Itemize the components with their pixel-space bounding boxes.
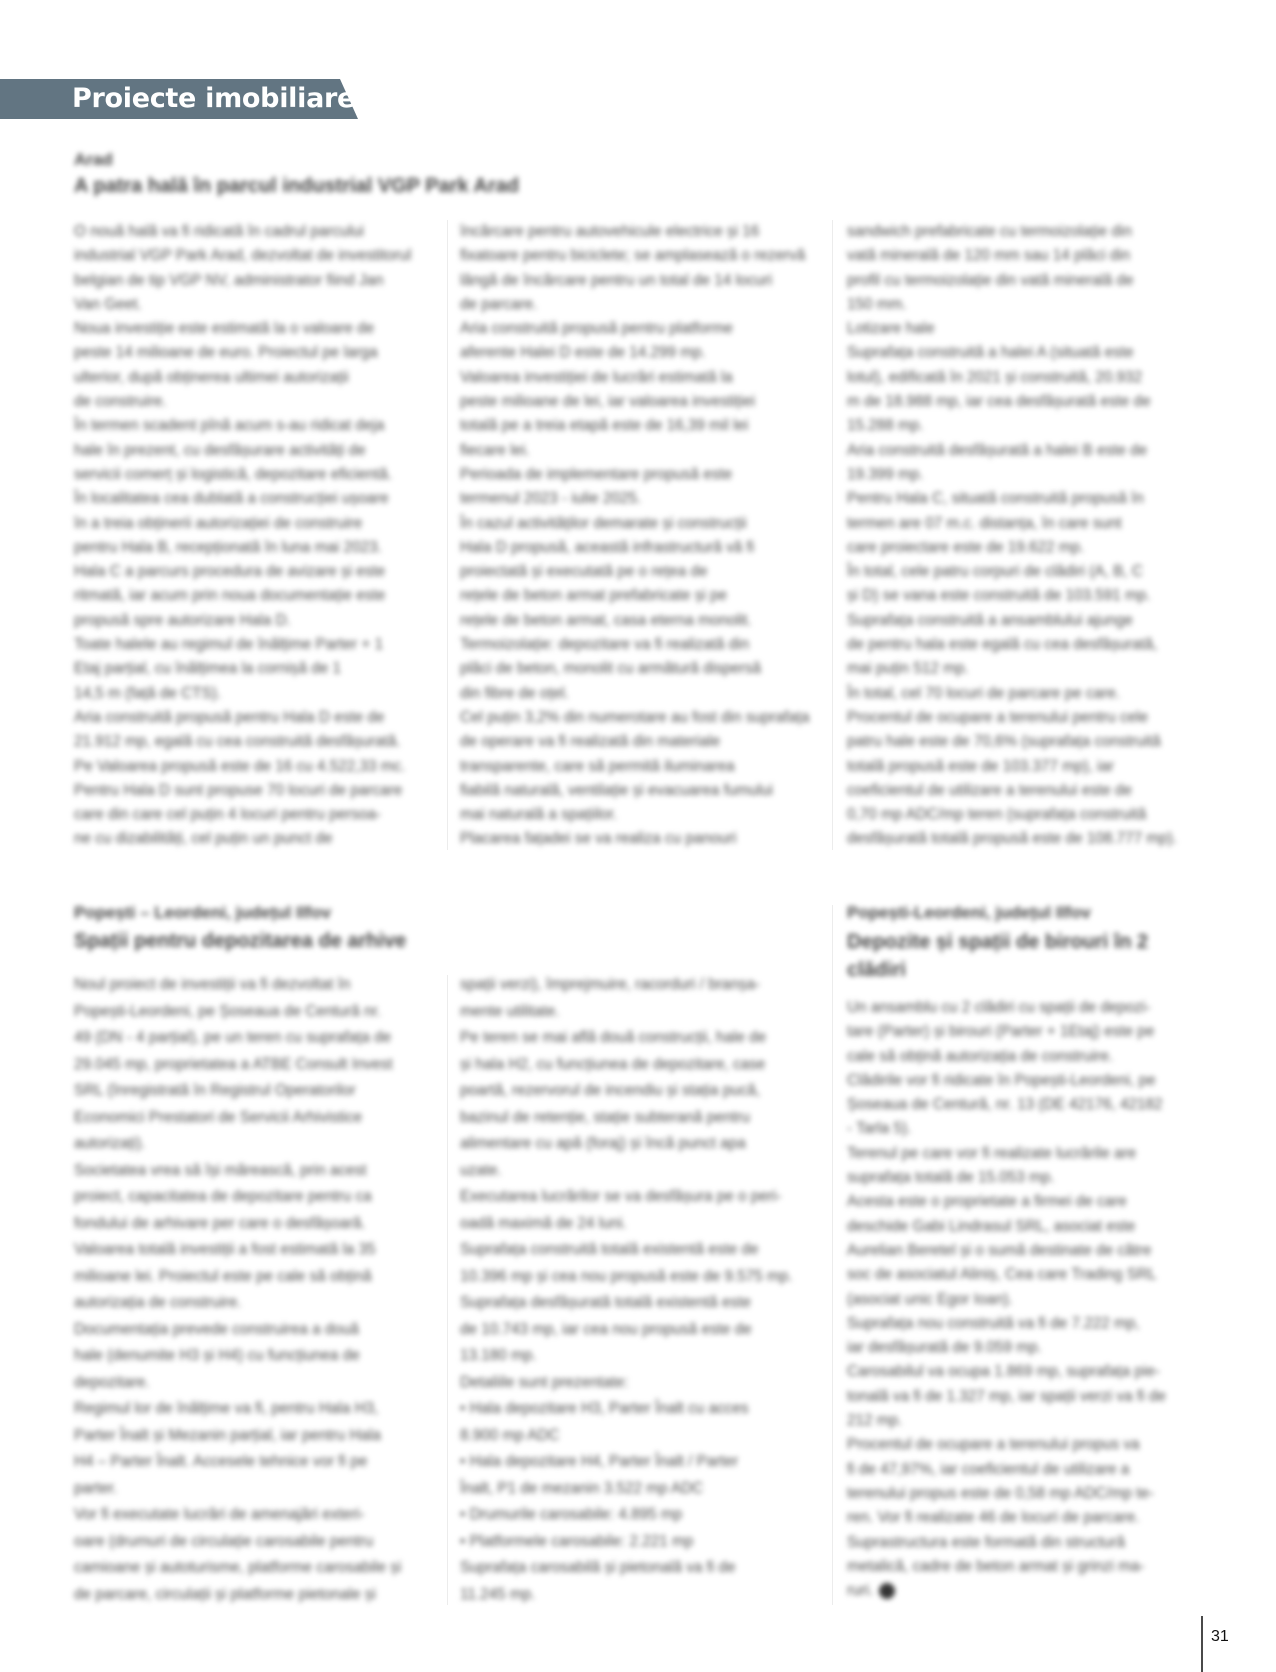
text-line: autorizați).: [74, 1131, 434, 1158]
text-line: 8.900 mp ADC: [460, 1423, 820, 1450]
text-line: servicii comerț și logistică, depozitare…: [74, 463, 434, 487]
text-line: ren. Vor fi realizate 46 de locuri de pa…: [847, 1506, 1187, 1530]
text-line: Pe Valoarea propusă este de 16 cu 4.522,…: [74, 755, 434, 779]
text-line: 0,70 mp ADC/mp teren (suprafața construi…: [847, 803, 1187, 827]
article-3-column-1: Un ansamblu cu 2 clădiri cu spații de de…: [847, 996, 1187, 1603]
text-line: profil cu termoizolație din vată mineral…: [847, 269, 1187, 293]
text-line: • Platformele carosabile: 2.221 mp: [460, 1529, 820, 1556]
text-line: Terenul pe care vor fi realizate lucrări…: [847, 1142, 1187, 1166]
text-line: H4 – Parter Înalt. Accesele tehnice vor …: [74, 1449, 434, 1476]
article-end-mark-icon: [879, 1583, 895, 1599]
text-line: plăci de beton, monolit cu armătură disp…: [460, 657, 820, 681]
text-line: proiectată și executată pe o rețea de: [460, 560, 820, 584]
text-line: Hala C a parcurs procedura de avizare și…: [74, 560, 434, 584]
text-line: Suprafața nou construită va fi de 7.222 …: [847, 1312, 1187, 1336]
text-line: Aria construită desfășurată a halei B es…: [847, 439, 1187, 463]
text-line: Suprafața carosabilă și pietonală va fi …: [460, 1555, 820, 1582]
text-line: Etaj parțial, cu înălțimea la cornișă de…: [74, 657, 434, 681]
text-line: lângă de încărcare pentru un total de 14…: [460, 269, 820, 293]
text-line: Suprafața construită a halei A (situată …: [847, 341, 1187, 365]
text-line: (asociat unic Egor Ioan).: [847, 1288, 1187, 1312]
text-line: suprafața totală de 15.053 mp.: [847, 1166, 1187, 1190]
text-line: 21.912 mp, egală cu cea construită desfă…: [74, 730, 434, 754]
text-line: termen are 07 m.c. distanța, în care sun…: [847, 512, 1187, 536]
text-line: Aria construită propusă pentru platforme: [460, 317, 820, 341]
text-line: peste milioane de lei, iar valoarea inve…: [460, 390, 820, 414]
text-line: 19.399 mp.: [847, 463, 1187, 487]
text-line: mente utilitate.: [460, 999, 820, 1026]
text-line: 49 (DN - 4 parțial), pe un teren cu supr…: [74, 1025, 434, 1052]
text-line: 13.180 mp.: [460, 1343, 820, 1370]
text-line: de parcare.: [460, 293, 820, 317]
text-line: oadă maximă de 24 luni.: [460, 1211, 820, 1238]
text-line: din fibre de oțel.: [460, 682, 820, 706]
text-line: de construire.: [74, 390, 434, 414]
text-line: hale (denumite H3 și H4) cu funcțiunea d…: [74, 1343, 434, 1370]
text-line: uzate.: [460, 1158, 820, 1185]
text-line: • Drumurile carosabile: 4.895 mp: [460, 1502, 820, 1529]
text-line: și hala H2, cu funcțiunea de depozitare,…: [460, 1052, 820, 1079]
text-line: 29.045 mp, proprietatea a ATBE Consult I…: [74, 1052, 434, 1079]
text-line: rețele de beton armat prefabricate și pe: [460, 584, 820, 608]
text-line: aferente Halei D este de 14.299 mp.: [460, 341, 820, 365]
article-2-kicker: Popești – Leordeni, județul Ilfov: [74, 903, 331, 923]
text-line: O nouă hală va fi ridicată în cadrul par…: [74, 220, 434, 244]
text-line: 212 mp.: [847, 1409, 1187, 1433]
text-line: propusă spre autorizare Hala D.: [74, 609, 434, 633]
text-line: terenului propus este de 0,58 mp ADC/mp …: [847, 1482, 1187, 1506]
column-divider: [447, 975, 448, 1605]
text-line: În localitatea cea dublată a construcție…: [74, 487, 434, 511]
text-line: Clădirile vor fi ridicate în Popești-Leo…: [847, 1069, 1187, 1093]
page-number: 31: [1211, 1628, 1229, 1646]
text-line: Acesta este o proprietate a firmei de ca…: [847, 1190, 1187, 1214]
column-divider: [832, 220, 833, 850]
text-line: peste 14 milioane de euro. Proiectul pe …: [74, 341, 434, 365]
page-number-rule: [1201, 1616, 1203, 1672]
text-line: de pentru hala este egală cu cea desfășu…: [847, 633, 1187, 657]
text-line: ne cu dizabilități, cel puțin un punct d…: [74, 827, 434, 851]
text-line: iar desfășurată de 9.059 mp.: [847, 1336, 1187, 1360]
text-line: Suprastructura este formată din structur…: [847, 1531, 1187, 1555]
text-line: În total, cele patru corpuri de clădiri …: [847, 560, 1187, 584]
text-line: depozitare.: [74, 1370, 434, 1397]
article-1-kicker: Arad: [74, 150, 113, 170]
text-line: Suprafața construită a ansamblului ajung…: [847, 609, 1187, 633]
text-line: Regimul lor de înălțime va fi, pentru Ha…: [74, 1396, 434, 1423]
text-line: care proiectare este de 19.622 mp.: [847, 536, 1187, 560]
text-line: Cel puțin 3,2% din numerotare au fost di…: [460, 706, 820, 730]
article-3-title: Depozite și spații de birouri în 2 clădi…: [847, 928, 1177, 984]
text-line: Șoseaua de Centură, nr. 13 (DE 42176, 42…: [847, 1093, 1187, 1117]
text-line: Termoizolație: depozitare va fi realizat…: [460, 633, 820, 657]
text-line: Lotizare hale: [847, 317, 1187, 341]
text-line: autorizația de construire.: [74, 1290, 434, 1317]
section-banner-title: Proiecte imobiliare: [72, 81, 355, 117]
text-line: încărcare pentru autovehicule electrice …: [460, 220, 820, 244]
text-line: Popești-Leordeni, pe Șoseaua de Centură …: [74, 999, 434, 1026]
text-line: parter.: [74, 1476, 434, 1503]
article-3-kicker: Popești-Leordeni, județul Ilfov: [847, 903, 1091, 923]
text-line: Parter Înalt și Mezanin parțial, iar pen…: [74, 1423, 434, 1450]
text-line: vată minerală de 120 mm sau 14 plăci din: [847, 244, 1187, 268]
text-line: Placarea fațadei se va realiza cu panour…: [460, 827, 820, 851]
text-line: Noua investiție este estimată la o valoa…: [74, 317, 434, 341]
text-line: și D) se vana este construită de 103.591…: [847, 584, 1187, 608]
text-line: Suprafața construită totală existentă es…: [460, 1237, 820, 1264]
text-line: Pe teren se mai află două construcții, h…: [460, 1025, 820, 1052]
text-line: Înalt, P1 de mezanin 3.522 mp ADC: [460, 1476, 820, 1503]
text-line: poartă, rezervorul de incendiu și stația…: [460, 1078, 820, 1105]
text-line: alimentare cu apă (foraj) și încă punct …: [460, 1131, 820, 1158]
text-line: deschide Gabi Lindrasul SRL, asociat est…: [847, 1215, 1187, 1239]
text-line: fiabilă naturală, ventilație și evacuare…: [460, 779, 820, 803]
article-2-title: Spații pentru depozitarea de arhive: [74, 930, 406, 953]
article-2-column-1: Noul proiect de investiții va fi dezvolt…: [74, 972, 434, 1608]
text-line: camioane și autoturisme, platforme caros…: [74, 1555, 434, 1582]
text-line: milioane lei. Proiectul este pe cale să …: [74, 1264, 434, 1291]
text-line: 150 mm.: [847, 293, 1187, 317]
text-line: 10.396 mp și cea nou propusă este de 9.5…: [460, 1264, 820, 1291]
text-line: Economici Prestatori de Servicii Arhivis…: [74, 1105, 434, 1132]
text-line: fiecare lei.: [460, 439, 820, 463]
text-line: Aria construită propusă pentru Hala D es…: [74, 706, 434, 730]
text-line: tonală va fi de 1.327 mp, iar spații ver…: [847, 1385, 1187, 1409]
text-line: - Tarla 5).: [847, 1117, 1187, 1141]
text-line: tare (Parter) și birouri (Parter + 1Etaj…: [847, 1020, 1187, 1044]
column-divider: [832, 905, 833, 1605]
text-line: totală pe a treia etapă este de 16,39 mi…: [460, 414, 820, 438]
text-line: Pentru Hala D sunt propuse 70 locuri de …: [74, 779, 434, 803]
text-line: rețele de beton armat, casa eterna monol…: [460, 609, 820, 633]
article-1-column-3: sandwich prefabricate cu termoizolație d…: [847, 220, 1187, 852]
text-line: fixatoare pentru biciclete; se amplaseaz…: [460, 244, 820, 268]
text-line: termenul 2023 - iulie 2025.: [460, 487, 820, 511]
text-line: Noul proiect de investiții va fi dezvolt…: [74, 972, 434, 999]
text-line: 11.245 mp.: [460, 1582, 820, 1609]
text-line: oare (drumuri de circulație carosabile p…: [74, 1529, 434, 1556]
text-line: sandwich prefabricate cu termoizolație d…: [847, 220, 1187, 244]
text-line: mai naturală a spațiilor.: [460, 803, 820, 827]
text-line: În total, cel 70 locuri de parcare pe ca…: [847, 682, 1187, 706]
text-line: pentru Hala B, recepționată în luna mai …: [74, 536, 434, 560]
text-line: care din care cel puțin 4 locuri pentru …: [74, 803, 434, 827]
text-line: fi de 47,97%, iar coeficientul de utiliz…: [847, 1458, 1187, 1482]
text-line: spații verzi), împrejmuire, racorduri / …: [460, 972, 820, 999]
text-line: Procentul de ocupare a terenului propus …: [847, 1433, 1187, 1457]
text-line: Aurelian Beretel și o sumă destinate de …: [847, 1239, 1187, 1263]
text-line: totală propusă este de 103.377 mp), iar: [847, 755, 1187, 779]
text-line: hale în prezent, cu desfășurare activită…: [74, 439, 434, 463]
text-line: proiect, capacitatea de depozitare pentr…: [74, 1184, 434, 1211]
text-line: Suprafața desfășurată totală existentă e…: [460, 1290, 820, 1317]
text-line: bazinul de retenție, stație subterană pe…: [460, 1105, 820, 1132]
text-line: de operare va fi realizată din materiale: [460, 730, 820, 754]
text-line: ulterior, după obținerea ultimei autoriz…: [74, 366, 434, 390]
text-line: În cazul activităților demarate și const…: [460, 512, 820, 536]
text-line: • Hala depozitare H4, Parter Înalt / Par…: [460, 1449, 820, 1476]
text-line: lotul), edificată în 2021 și construită,…: [847, 366, 1187, 390]
text-line: Executarea lucrărilor se va desfășura pe…: [460, 1184, 820, 1211]
text-line: soc de asociatul Aliniș, Cea care Tradin…: [847, 1263, 1187, 1287]
text-line: • Hala depozitare H3, Parter Înalt cu ac…: [460, 1396, 820, 1423]
text-line: Toate halele au regimul de înălțime Part…: [74, 633, 434, 657]
column-divider: [447, 220, 448, 850]
text-line: patru hale este de 70,6% (suprafața cons…: [847, 730, 1187, 754]
text-line: Vor fi executate lucrări de amenajări ex…: [74, 1502, 434, 1529]
text-line: transparente, care să permită iluminarea: [460, 755, 820, 779]
text-line: belgian de tip VGP NV, administrator fii…: [74, 269, 434, 293]
text-line: SRL (înregistrată în Registrul Operatori…: [74, 1078, 434, 1105]
article-1-column-2: încărcare pentru autovehicule electrice …: [460, 220, 820, 852]
text-line: Detaliile sunt prezentate:: [460, 1370, 820, 1397]
text-line: Documentația prevede construirea a două: [74, 1317, 434, 1344]
text-line: coeficientul de utilizare a terenului es…: [847, 779, 1187, 803]
text-line: Carosabilul va ocupa 1.869 mp, suprafața…: [847, 1360, 1187, 1384]
text-line: industrial VGP Park Arad, dezvoltat de i…: [74, 244, 434, 268]
text-line: Un ansamblu cu 2 clădiri cu spații de de…: [847, 996, 1187, 1020]
text-line: Perioada de implementare propusă este: [460, 463, 820, 487]
text-line: m de 18.988 mp, iar cea desfășurată este…: [847, 390, 1187, 414]
text-line: Valoarea investiției de lucrări estimată…: [460, 366, 820, 390]
text-line: Van Geet.: [74, 293, 434, 317]
text-line: metalică, cadre de beton armat și grinzi…: [847, 1555, 1187, 1579]
text-line: în a treia obținerii autorizației de con…: [74, 512, 434, 536]
article-1-column-1: O nouă hală va fi ridicată în cadrul par…: [74, 220, 434, 852]
text-line: Procentul de ocupare a terenului pentru …: [847, 706, 1187, 730]
text-line: mai puțin 512 mp.: [847, 657, 1187, 681]
text-line: de parcare, circulații și platforme piet…: [74, 1582, 434, 1609]
text-line: ritmată, iar acum prin noua documentație…: [74, 584, 434, 608]
text-line: 14,5 m (față de CTS).: [74, 682, 434, 706]
text-line: de 10.743 mp, iar cea nou propusă este d…: [460, 1317, 820, 1344]
text-line: fondului de arhivare per care o desfășoa…: [74, 1211, 434, 1238]
text-line: desfășurată totală propusă este de 108.7…: [847, 827, 1187, 851]
text-line: Valoarea totală investiții a fost estima…: [74, 1237, 434, 1264]
text-line: Hala D propusă, această infrastructură v…: [460, 536, 820, 560]
article-2-column-2: spații verzi), împrejmuire, racorduri / …: [460, 972, 820, 1608]
text-line: Pentru Hala C, situată construită propus…: [847, 487, 1187, 511]
text-line: cale să obțină autorizația de construire…: [847, 1045, 1187, 1069]
text-line: ruri.: [847, 1579, 1187, 1603]
text-line: Societatea vrea să își mărească, prin ac…: [74, 1158, 434, 1185]
text-line: În termen scadent pînă acum s-au ridicat…: [74, 414, 434, 438]
article-1-title: A patra hală în parcul industrial VGP Pa…: [74, 175, 519, 198]
text-line: 15.288 mp.: [847, 414, 1187, 438]
